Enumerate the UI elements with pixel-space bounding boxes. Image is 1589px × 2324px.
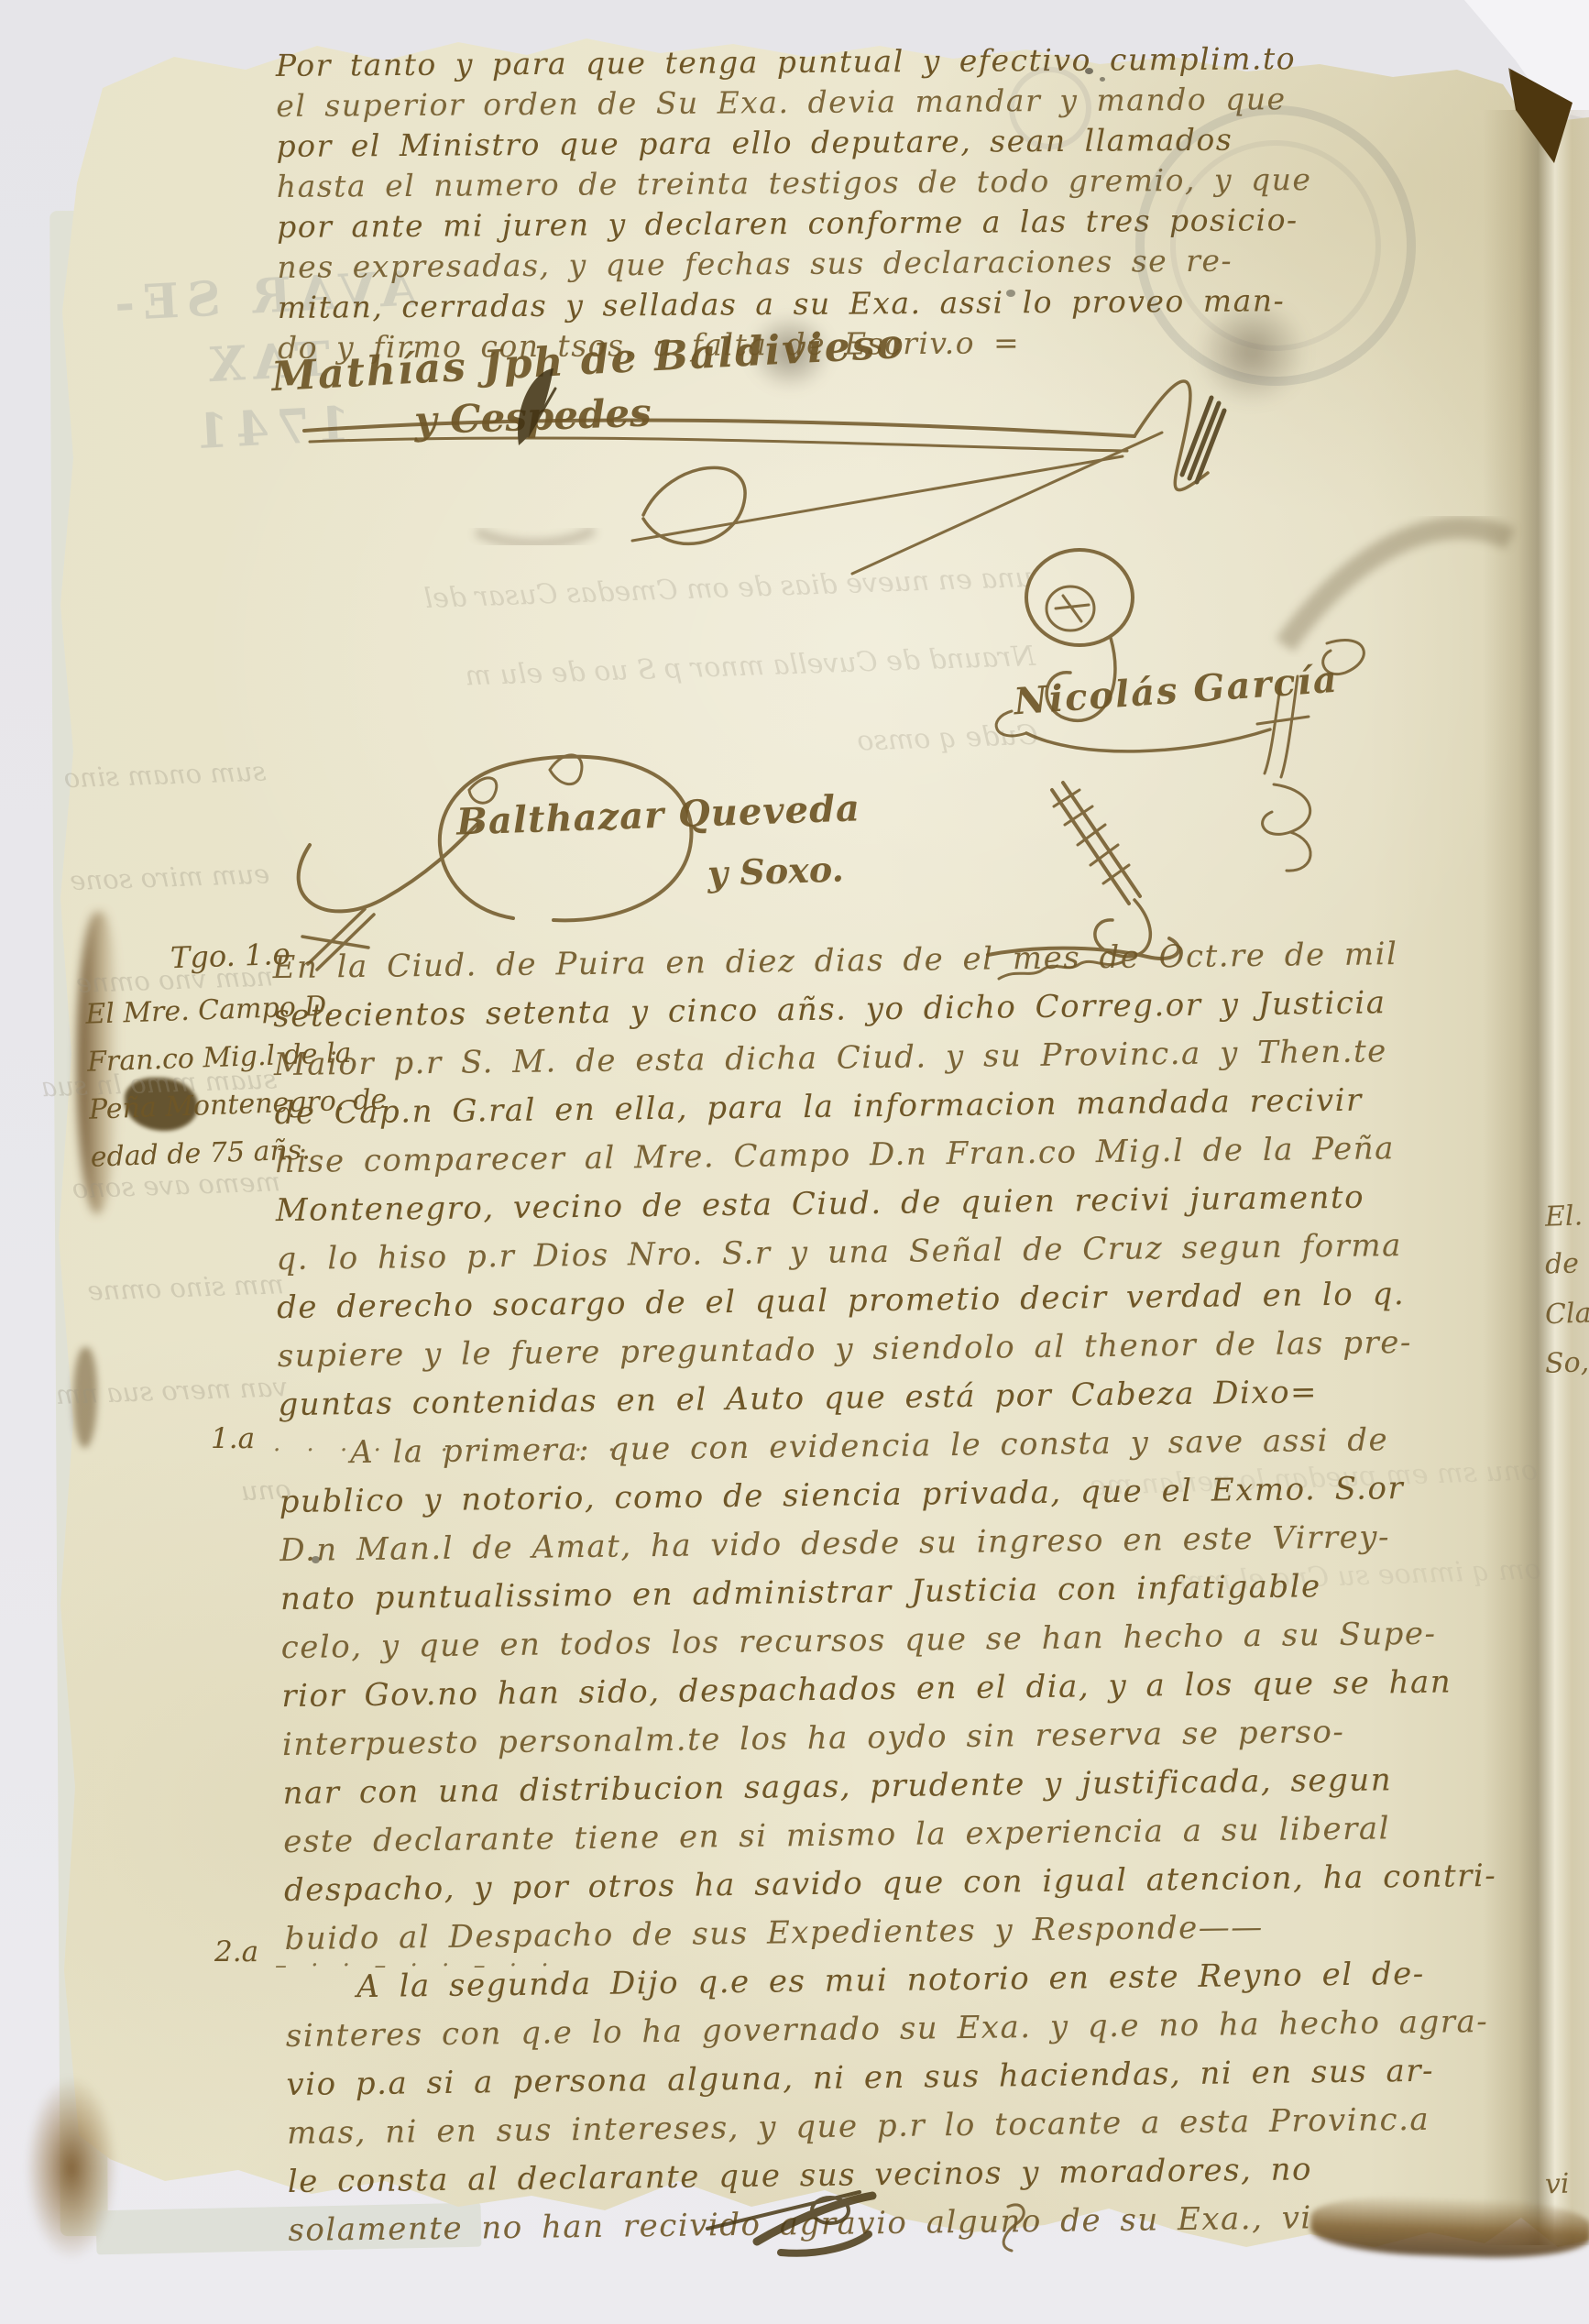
opening-paragraph: Por tanto y para que tenga puntual y efe… <box>276 38 1313 368</box>
fold-fragment: So, <box>1544 1346 1589 1380</box>
signature-baldivieso-line2: y Cespedes <box>413 390 652 444</box>
margin-answer2-marker: 2.a <box>214 1935 258 1968</box>
fold-fragment: Clau <box>1544 1297 1589 1331</box>
margin-answer1-marker: 1.a <box>211 1422 255 1455</box>
manuscript-line: nes expresadas, y que fechas sus declara… <box>277 240 1312 288</box>
manuscript-line: el superior orden de Su Exa. devia manda… <box>276 79 1311 126</box>
gutter-fold-shadow <box>1483 110 1589 2245</box>
manuscript-line: por ante mi juren y declaren conforme a … <box>277 200 1312 247</box>
deposition-body: En la Ciud. de Puira en diez dias de el … <box>272 929 1501 2255</box>
manuscript-line: por el Ministro que para ello deputare, … <box>276 119 1311 167</box>
manuscript-line: Por tanto y para que tenga puntual y efe… <box>276 38 1311 86</box>
signature-balthazar-queveda-line2: y Soxo. <box>707 848 844 893</box>
manuscript-line: mitan, cerradas y selladas a su Exa. ass… <box>278 280 1313 328</box>
manuscript-scan: AVAR SE- TAX 1741 sum onam sino eum miro… <box>0 0 1589 2324</box>
fold-fragment: de <box>1544 1247 1579 1280</box>
fold-fragment: El. <box>1544 1200 1583 1233</box>
manuscript-line: hasta el numero de treinta testigos de t… <box>277 159 1312 207</box>
fold-fragment: vi <box>1544 2168 1570 2201</box>
